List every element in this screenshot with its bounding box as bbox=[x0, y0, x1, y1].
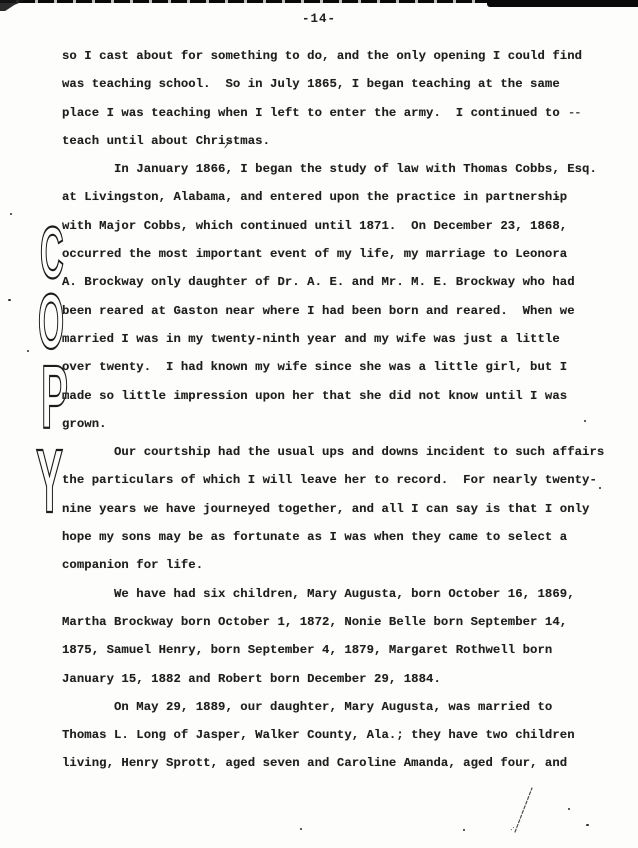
text-line: A. Brockway only daughter of Dr. A. E. a… bbox=[62, 268, 602, 296]
paragraph: Our courtship had the usual ups and down… bbox=[62, 438, 602, 579]
text-line: so I cast about for something to do, and… bbox=[62, 42, 602, 70]
paragraph: so I cast about for something to do, and… bbox=[62, 42, 602, 155]
page-number: -14- bbox=[0, 12, 638, 26]
text-line: made so little impression upon her that … bbox=[62, 382, 602, 410]
text-line: with Major Cobbs, which continued until … bbox=[62, 212, 602, 240]
text-line: nine years we have journeyed together, a… bbox=[62, 495, 602, 523]
text-line: We have had six children, Mary Augusta, … bbox=[62, 580, 602, 608]
text-line: 1875, Samuel Henry, born September 4, 18… bbox=[62, 636, 602, 664]
text-line: hope my sons may be as fortunate as I wa… bbox=[62, 523, 602, 551]
text-line: January 15, 1882 and Robert born Decembe… bbox=[62, 665, 602, 693]
scan-speck bbox=[586, 824, 589, 826]
scan-speck bbox=[10, 213, 12, 215]
paragraph: We have had six children, Mary Augusta, … bbox=[62, 580, 602, 693]
text-line: grown. bbox=[62, 410, 602, 438]
paragraph: In January 1866, I began the study of la… bbox=[62, 155, 602, 438]
scan-speck bbox=[557, 196, 559, 198]
text-line: the particulars of which I will leave he… bbox=[62, 466, 602, 494]
scan-artifact-top-right-strip bbox=[487, 0, 638, 7]
text-line: occurred the most important event of my … bbox=[62, 240, 602, 268]
text-line: married I was in my twenty-ninth year an… bbox=[62, 325, 602, 353]
text-line: In January 1866, I began the study of la… bbox=[62, 155, 602, 183]
text-line: teach until about Christmas. bbox=[62, 127, 602, 155]
paragraph: On May 29, 1889, our daughter, Mary Augu… bbox=[62, 693, 602, 778]
text-line: was teaching school. So in July 1865, I … bbox=[62, 70, 602, 98]
scan-speck bbox=[568, 808, 570, 810]
scan-speck bbox=[300, 828, 302, 830]
document-page: -14- C O P Y so I cast about for somethi… bbox=[0, 0, 638, 848]
text-line: Martha Brockway born October 1, 1872, No… bbox=[62, 608, 602, 636]
text-line: Thomas L. Long of Jasper, Walker County,… bbox=[62, 721, 602, 749]
scan-speck bbox=[8, 299, 11, 301]
text-line: place I was teaching when I left to ente… bbox=[62, 99, 602, 127]
text-line: On May 29, 1889, our daughter, Mary Augu… bbox=[62, 693, 602, 721]
text-line: over twenty. I had known my wife since s… bbox=[62, 353, 602, 381]
stray-dash-mark: -- bbox=[568, 106, 580, 120]
scan-speck bbox=[27, 350, 29, 352]
document-body: so I cast about for something to do, and… bbox=[62, 42, 602, 778]
scan-speck bbox=[463, 829, 465, 831]
text-line: companion for life. bbox=[62, 551, 602, 579]
copy-stamp-letter-y: Y bbox=[36, 431, 63, 532]
pencil-slash-mark bbox=[505, 780, 545, 840]
text-line: living, Henry Sprott, aged seven and Car… bbox=[62, 749, 602, 777]
text-line: been reared at Gaston near where I had b… bbox=[62, 297, 602, 325]
scan-speck bbox=[584, 420, 586, 422]
text-line: at Livingston, Alabama, and entered upon… bbox=[62, 183, 602, 211]
scan-speck bbox=[599, 487, 601, 489]
text-line: Our courtship had the usual ups and down… bbox=[62, 438, 602, 466]
